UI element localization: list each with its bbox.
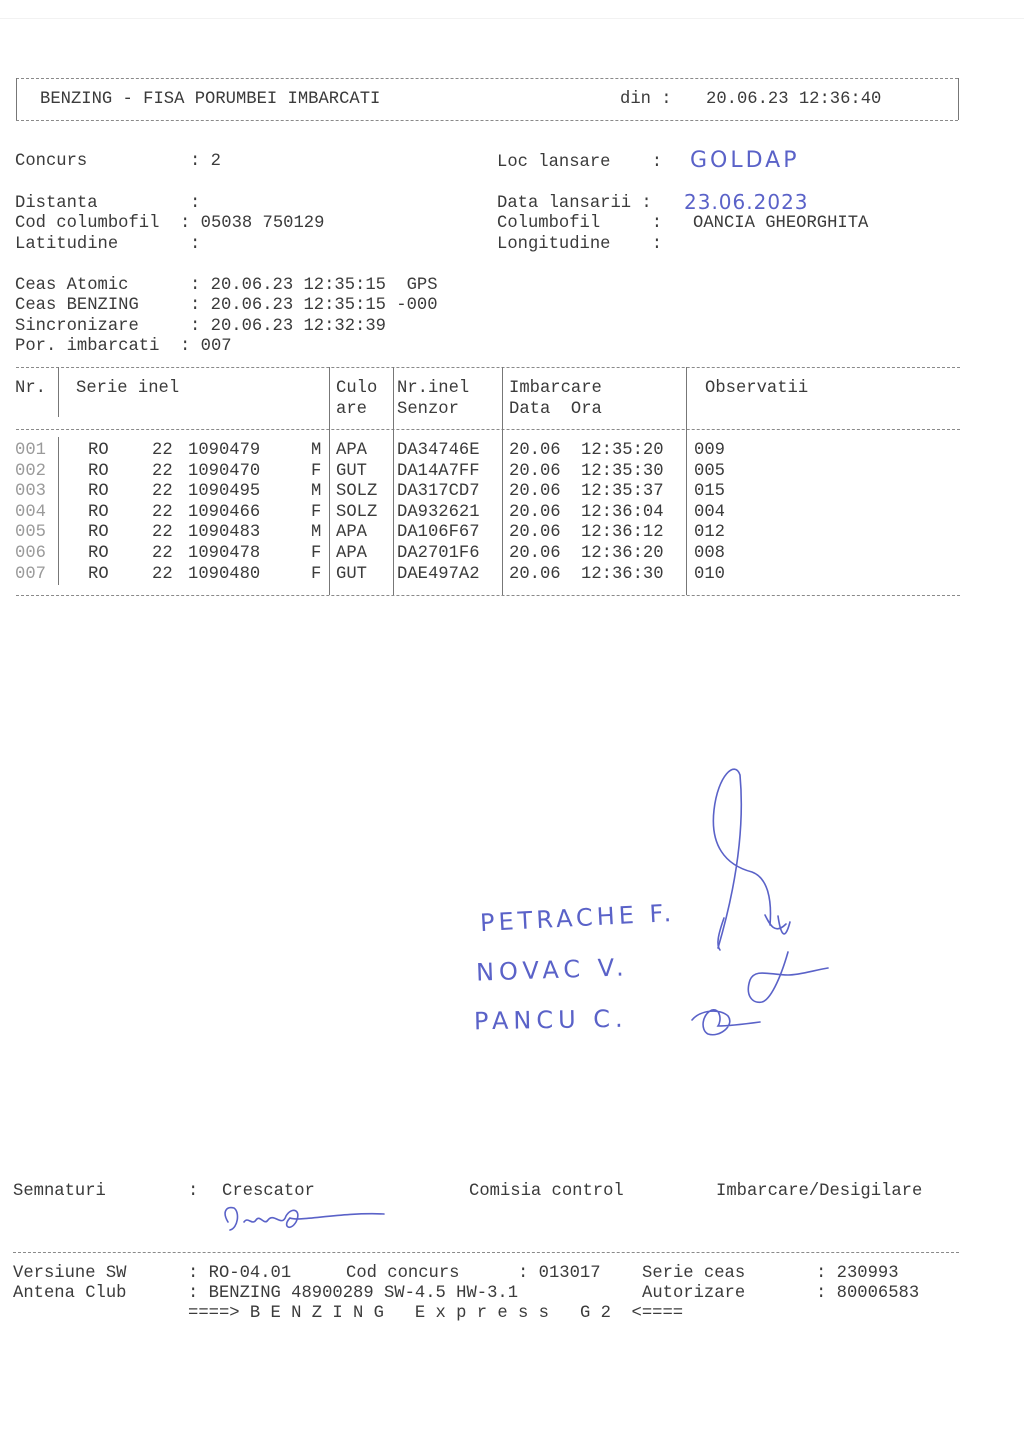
signature-petrache xyxy=(713,769,770,948)
handwritten-signatures xyxy=(0,0,1024,1447)
signature-novac xyxy=(748,952,828,1002)
cod-concurs-label: Cod concurs xyxy=(346,1264,459,1285)
semnaturi-colon: : xyxy=(188,1182,198,1203)
signature-pancu xyxy=(692,1010,760,1035)
antena-club-value: : BENZING 48900289 SW-4.5 HW-3.1 xyxy=(188,1284,518,1305)
footer-separator xyxy=(13,1252,959,1253)
semnaturi-label: Semnaturi xyxy=(13,1182,106,1203)
imbarcare-desigilare-label: Imbarcare/Desigilare xyxy=(716,1182,922,1203)
crescator-label: Crescator xyxy=(222,1182,315,1203)
comisia-control-label: Comisia control xyxy=(469,1182,624,1203)
signature-crescator xyxy=(225,1208,384,1230)
benzing-express-banner: ====> B E N Z I N G E x p r e s s G 2 <=… xyxy=(188,1304,683,1325)
serie-ceas-label: Serie ceas xyxy=(642,1264,745,1285)
autorizare-value: : 80006583 xyxy=(816,1284,919,1305)
autorizare-label: Autorizare xyxy=(642,1284,745,1305)
versiune-sw-label: Versiune SW xyxy=(13,1264,126,1285)
antena-club-label: Antena Club xyxy=(13,1284,126,1305)
versiune-sw-value: : RO-04.01 xyxy=(188,1264,291,1285)
serie-ceas-value: : 230993 xyxy=(816,1264,899,1285)
cod-concurs-value: : 013017 xyxy=(518,1264,601,1285)
